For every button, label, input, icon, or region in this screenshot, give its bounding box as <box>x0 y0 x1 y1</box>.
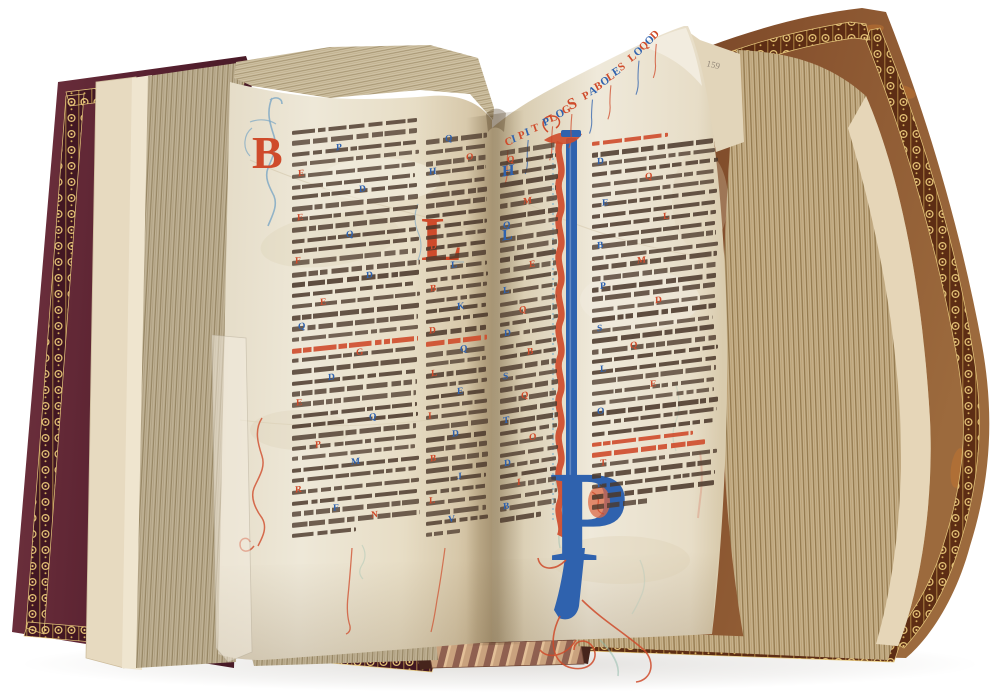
page-bottom-shade <box>218 560 492 660</box>
initial-L: L <box>415 204 464 274</box>
manuscript-photograph: 159 B L <box>0 0 1000 697</box>
svg-text:L: L <box>421 206 462 274</box>
gutter-shadow <box>466 110 524 646</box>
vellum-tab <box>212 335 252 662</box>
svg-text:P: P <box>549 445 628 589</box>
bowl-infill-red <box>588 486 610 518</box>
svg-text:B: B <box>252 127 283 178</box>
book-illustration: 159 B L <box>0 0 1000 697</box>
